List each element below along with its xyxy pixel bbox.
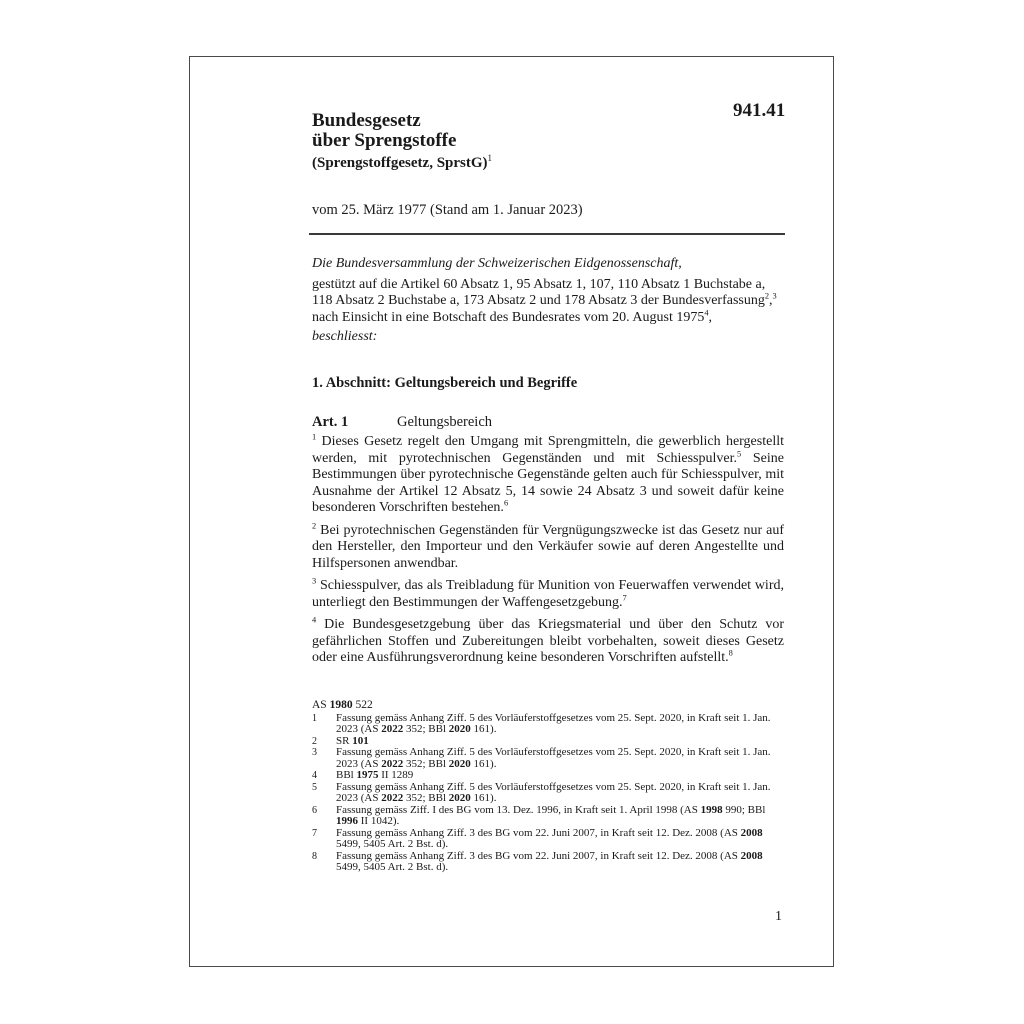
footnote-number: 8 [312,851,336,874]
footnote-item: 7Fassung gemäss Anhang Ziff. 3 des BG vo… [312,828,784,851]
footnote-ref[interactable]: 8 [729,648,733,657]
preamble: Die Bundesversammlung der Schweizerische… [312,256,782,350]
law-title-line-2: über Sprengstoffe [312,131,456,151]
footnote-text: Fassung gemäss Anhang Ziff. 5 des Vorläu… [336,713,784,736]
footnote-text: BBl 1975 II 1289 [336,770,784,782]
footnote-ref[interactable]: 3 [773,291,777,300]
preamble-basis-text: gestützt auf die Artikel 60 Absatz 1, 95… [312,277,765,309]
footnote-item: 6Fassung gemäss Ziff. I des BG vom 13. D… [312,805,784,828]
as-page: 522 [355,699,372,711]
separator: , [709,310,713,325]
as-year: 1980 [330,699,353,711]
footnote-list: 1Fassung gemäss Anhang Ziff. 5 des Vorlä… [312,713,784,874]
abbreviation-text: (Sprengstoffgesetz, SprstG) [312,155,488,171]
article-body: 1 Dieses Gesetz regelt den Umgang mit Sp… [312,434,784,673]
footnote-number: 5 [312,782,336,805]
footnotes: AS 1980 522 1Fassung gemäss Anhang Ziff.… [312,700,784,874]
footnote-text: Fassung gemäss Anhang Ziff. 5 des Vorläu… [336,782,784,805]
article-heading: Art. 1Geltungsbereich [312,414,492,431]
footnote-text: Fassung gemäss Ziff. I des BG vom 13. De… [336,805,784,828]
footnote-item: 1Fassung gemäss Anhang Ziff. 5 des Vorlä… [312,713,784,736]
law-title: Bundesgesetz über Sprengstoffe [312,111,456,151]
paragraph-number: 3 [312,576,316,585]
footnote-ref[interactable]: 5 [737,449,741,458]
footnote-ref[interactable]: 6 [504,498,508,507]
section-title: 1. Abschnitt: Geltungsbereich und Begrif… [312,375,577,392]
footnote-text: Fassung gemäss Anhang Ziff. 3 des BG vom… [336,851,784,874]
preamble-resolves: beschliesst: [312,329,782,346]
footnote-text: Fassung gemäss Anhang Ziff. 5 des Vorläu… [336,747,784,770]
official-compilation-ref: AS 1980 522 [312,700,784,712]
footnote-text: Fassung gemäss Anhang Ziff. 3 des BG vom… [336,828,784,851]
law-title-line-1: Bundesgesetz [312,111,456,131]
article-title: Geltungsbereich [397,414,492,430]
article-paragraph: 4 Die Bundesgesetzgebung über das Kriegs… [312,617,784,667]
paragraph-number: 4 [312,615,316,624]
footnote-number: 7 [312,828,336,851]
as-prefix: AS [312,699,327,711]
article-paragraph: 1 Dieses Gesetz regelt den Umgang mit Sp… [312,434,784,517]
footnote-item: 3Fassung gemäss Anhang Ziff. 5 des Vorlä… [312,747,784,770]
footnote-item: 4BBl 1975 II 1289 [312,770,784,782]
footnote-number: 3 [312,747,336,770]
footnote-ref[interactable]: 7 [623,593,627,602]
law-abbreviation: (Sprengstoffgesetz, SprstG)1 [312,155,492,172]
paragraph-number: 2 [312,521,316,530]
preamble-basis: gestützt auf die Artikel 60 Absatz 1, 95… [312,277,782,327]
article-number: Art. 1 [312,414,397,431]
footnote-ref[interactable]: 1 [488,153,493,163]
footnote-number: 2 [312,736,336,748]
article-paragraph: 3 Schiesspulver, das als Treibladung für… [312,578,784,611]
footnote-item: 8Fassung gemäss Anhang Ziff. 3 des BG vo… [312,851,784,874]
enactment-date: vom 25. März 1977 (Stand am 1. Januar 20… [312,202,583,219]
preamble-message-text: nach Einsicht in eine Botschaft des Bund… [312,310,704,325]
footnote-number: 1 [312,713,336,736]
footnote-number: 6 [312,805,336,828]
footnote-item: 5Fassung gemäss Anhang Ziff. 5 des Vorlä… [312,782,784,805]
sr-number: 941.41 [733,100,785,122]
article-paragraph: 2 Bei pyrotechnischen Gegenständen für V… [312,523,784,573]
paragraph-number: 1 [312,432,316,441]
header-divider [309,233,785,235]
footnote-number: 4 [312,770,336,782]
page-number: 1 [775,909,782,925]
preamble-issuer: Die Bundesversammlung der Schweizerische… [312,256,782,273]
